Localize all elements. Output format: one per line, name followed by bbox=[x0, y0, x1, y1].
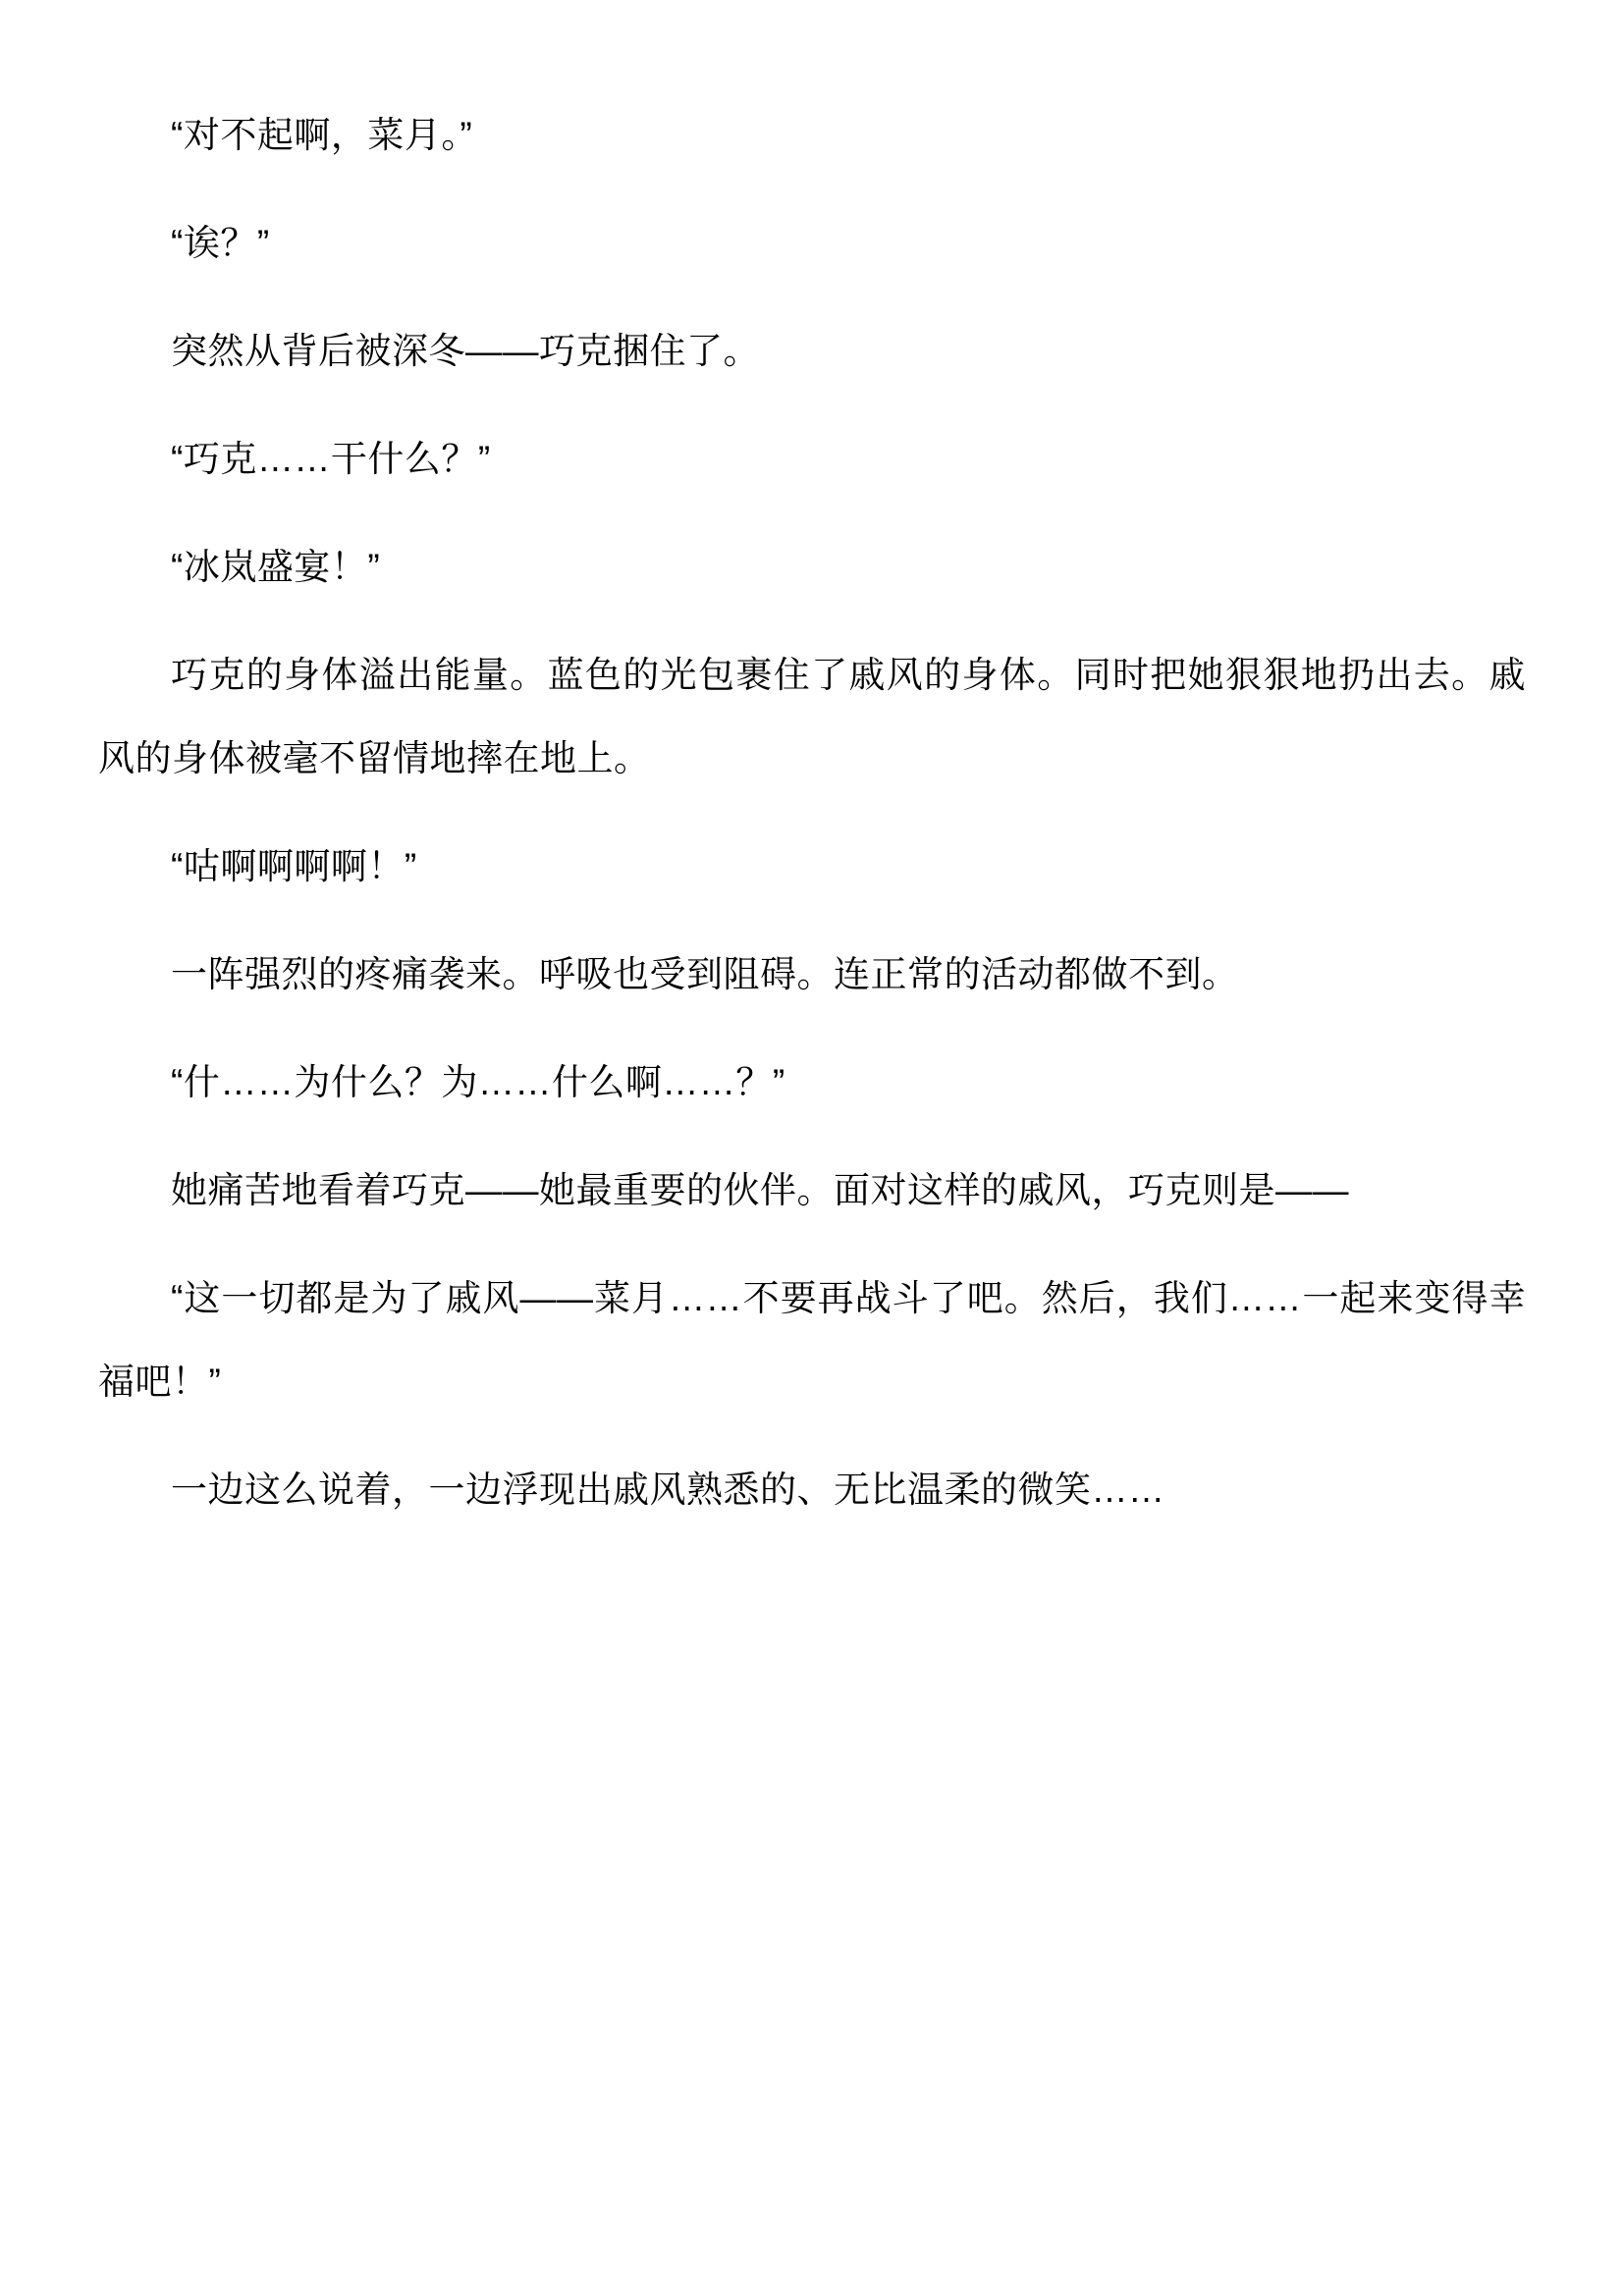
document-page: “对不起啊，菜月。” “诶？” 突然从背后被深冬——巧克捆住了。 “巧克……干什… bbox=[0, 0, 1624, 2296]
paragraph-dialogue: “对不起啊，菜月。” bbox=[98, 93, 1526, 177]
paragraph-narration: 一边这么说着，一边浮现出戚风熟悉的、无比温柔的微笑…… bbox=[98, 1448, 1526, 1531]
paragraph-dialogue: “这一切都是为了戚风——菜月……不要再战斗了吧。然后，我们……一起来变得幸福吧！… bbox=[98, 1256, 1526, 1423]
paragraph-narration: 巧克的身体溢出能量。蓝色的光包裹住了戚风的身体。同时把她狠狠地扔出去。戚风的身体… bbox=[98, 633, 1526, 800]
text-body: “对不起啊，菜月。” “诶？” 突然从背后被深冬——巧克捆住了。 “巧克……干什… bbox=[98, 93, 1526, 1531]
paragraph-narration: 她痛苦地看着巧克——她最重要的伙伴。面对这样的戚风，巧克则是—— bbox=[98, 1148, 1526, 1232]
paragraph-dialogue: “什……为什么？为……什么啊……？” bbox=[98, 1041, 1526, 1124]
paragraph-narration: 一阵强烈的疼痛袭来。呼吸也受到阻碍。连正常的活动都做不到。 bbox=[98, 933, 1526, 1016]
paragraph-narration: 突然从背后被深冬——巧克捆住了。 bbox=[98, 309, 1526, 393]
paragraph-dialogue: “巧克……干什么？” bbox=[98, 417, 1526, 501]
paragraph-dialogue: “咕啊啊啊啊！” bbox=[98, 825, 1526, 908]
paragraph-dialogue: “冰岚盛宴！” bbox=[98, 525, 1526, 609]
paragraph-dialogue: “诶？” bbox=[98, 201, 1526, 285]
